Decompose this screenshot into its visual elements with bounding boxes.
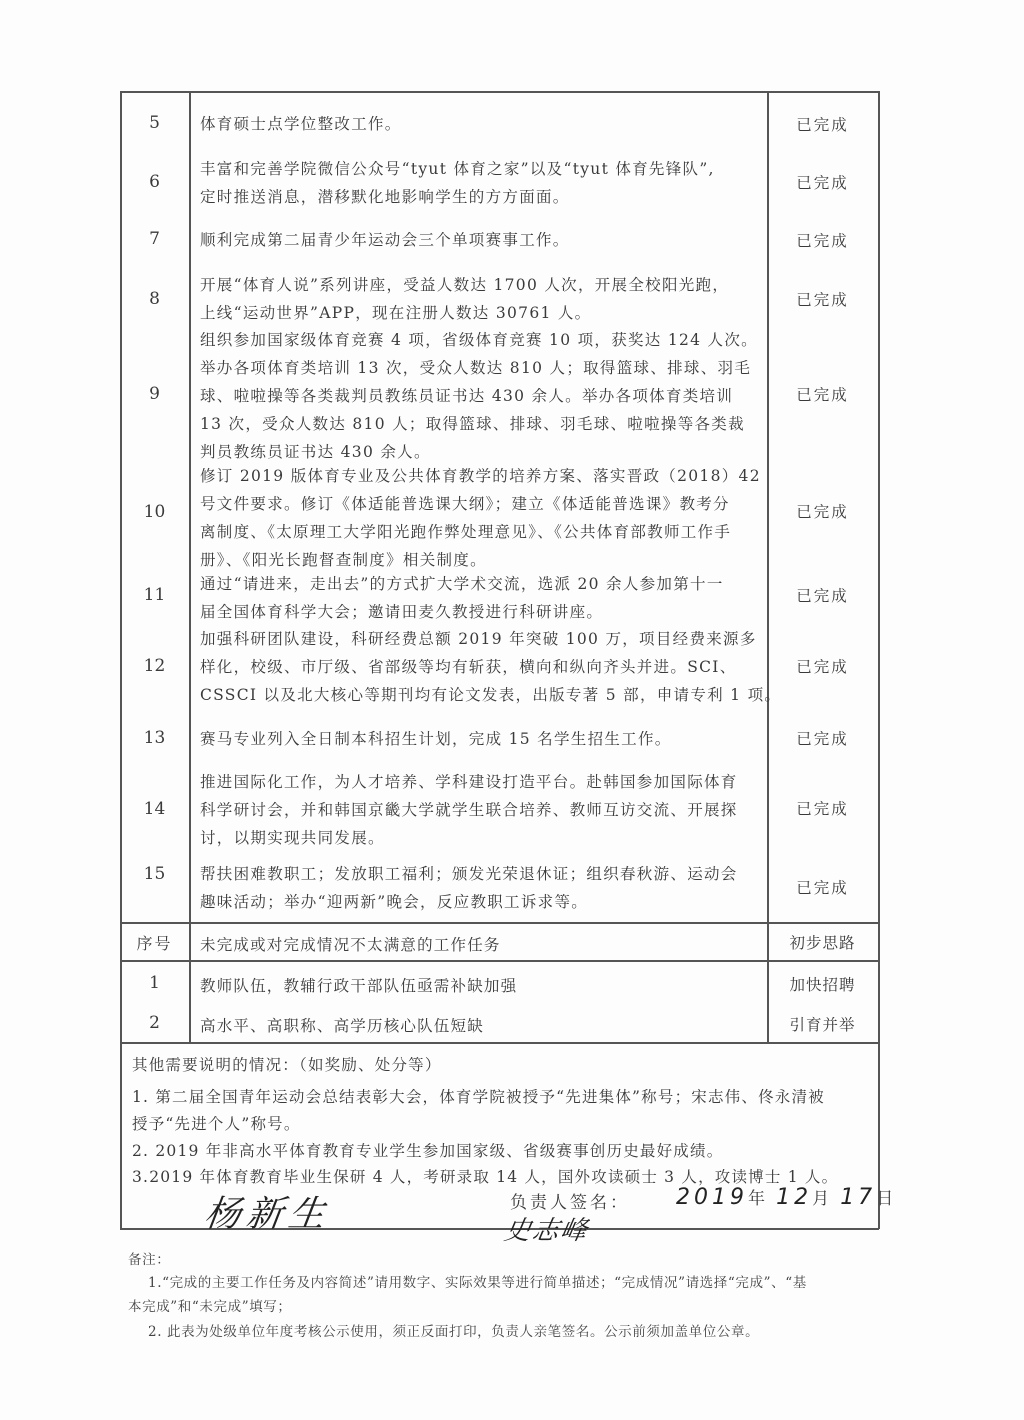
table-top-border <box>120 91 879 93</box>
task-description: 修订 2019 版体育专业及公共体育教学的培养方案、落实晋政（2018）42 号… <box>200 462 765 574</box>
task-description: 丰富和完善学院微信公众号“tyut 体育之家”以及“tyut 体育先锋队”, 定… <box>200 155 765 211</box>
task-description: 通过“请进来，走出去”的方式扩大学术交流，选派 20 余人参加第十一 届全国体育… <box>200 570 765 626</box>
row-number: 7 <box>120 229 189 249</box>
task-description: 赛马专业列入全日制本科招生计划，完成 15 名学生招生工作。 <box>200 725 765 753</box>
handwritten-signature-left: 杨新生 <box>201 1186 334 1237</box>
status-badge: 已完成 <box>767 383 878 405</box>
task-description: 顺利完成第二届青少年运动会三个单项赛事工作。 <box>200 226 765 254</box>
task-line: 科学研讨会，并和韩国京畿大学就学生联合培养、教师互访交流、开展探 <box>200 796 765 824</box>
header-plan: 初步思路 <box>767 931 878 953</box>
row-number: 8 <box>120 289 189 309</box>
row-number: 5 <box>120 113 189 133</box>
row-number: 6 <box>120 172 189 192</box>
task-description: 加强科研团队建设，科研经费总额 2019 年突破 100 万，项目经费来源多 样… <box>200 625 765 709</box>
plan-text: 加快招聘 <box>767 973 878 995</box>
task-line: 赛马专业列入全日制本科招生计划，完成 15 名学生招生工作。 <box>200 725 765 753</box>
task-line: 举办各项体育类培训 13 次，受众人数达 810 人；取得篮球、排球、羽毛 <box>200 354 765 382</box>
row-number: 9 <box>120 384 189 404</box>
task-description: 组织参加国家级体育竞赛 4 项，省级体育竞赛 10 项，获奖达 124 人次。 … <box>200 326 765 466</box>
date-month: 12 <box>776 1185 812 1210</box>
task-line: 定时推送消息，潜移默化地影响学生的方方面面。 <box>200 183 765 211</box>
date-year: 2019 <box>676 1185 748 1210</box>
section-divider-1 <box>120 922 879 924</box>
task-description: 开展“体育人说”系列讲座，受益人数达 1700 人次，开展全校阳光跑， 上线“运… <box>200 271 765 327</box>
status-badge: 已完成 <box>767 171 878 193</box>
date-day: 17 <box>840 1185 876 1210</box>
task-line: 上线“运动世界”APP，现在注册人数达 30761 人。 <box>200 299 765 327</box>
task-line: 组织参加国家级体育竞赛 4 项，省级体育竞赛 10 项，获奖达 124 人次。 <box>200 326 765 354</box>
task-description: 帮扶困难教职工；发放职工福利；颁发光荣退休证；组织春秋游、运动会 趣味活动；举办… <box>200 860 765 916</box>
status-badge: 已完成 <box>767 288 878 310</box>
remark-line: 本完成”和“未完成”填写； <box>128 1295 292 1315</box>
other-notes-title: 其他需要说明的情况：（如奖励、处分等） <box>132 1053 442 1075</box>
row-number: 15 <box>120 864 189 884</box>
header-number: 序号 <box>120 931 189 954</box>
row-number: 11 <box>120 585 189 605</box>
task-line: 开展“体育人说”系列讲座，受益人数达 1700 人次，开展全校阳光跑， <box>200 271 765 299</box>
task-line: 加强科研团队建设，科研经费总额 2019 年突破 100 万，项目经费来源多 <box>200 625 765 653</box>
status-badge: 已完成 <box>767 727 878 749</box>
task-description: 体育硕士点学位整改工作。 <box>200 110 765 138</box>
row-number: 14 <box>120 799 189 819</box>
task-line: 体育硕士点学位整改工作。 <box>200 110 765 138</box>
status-badge: 已完成 <box>767 655 878 677</box>
section-divider-3 <box>120 1042 879 1044</box>
date-month-unit: 月 <box>812 1189 829 1209</box>
task-line: 离制度、《太原理工大学阳光跑作弊处理意见》、《公共体育部教师工作手 <box>200 518 765 546</box>
incomplete-task: 教师队伍，教辅行政干部队伍亟需补缺加强 <box>200 974 517 996</box>
other-note-item: 1. 第二届全国青年运动会总结表彰大会，体育学院被授予“先进集体”称号；宋志伟、… <box>132 1085 825 1107</box>
row-number: 2 <box>120 1013 189 1033</box>
task-line: 丰富和完善学院微信公众号“tyut 体育之家”以及“tyut 体育先锋队”, <box>200 155 765 183</box>
remark-line: 1.“完成的主要工作任务及内容简述”请用数字、实际效果等进行简单描述；“完成情况… <box>148 1271 807 1291</box>
task-line: 帮扶困难教职工；发放职工福利；颁发光荣退休证；组织春秋游、运动会 <box>200 860 765 888</box>
row-number: 1 <box>120 973 189 993</box>
row-number: 13 <box>120 728 189 748</box>
header-task: 未完成或对完成情况不太满意的工作任务 <box>200 933 501 955</box>
date-year-unit: 年 <box>748 1189 765 1209</box>
row-number: 12 <box>120 656 189 676</box>
task-line: 趣味活动；举办“迎两新”晚会，反应教职工诉求等。 <box>200 888 765 916</box>
task-description: 推进国际化工作，为人才培养、学科建设打造平台。赴韩国参加国际体育 科学研讨会，并… <box>200 768 765 852</box>
handwritten-signature-right: 史志峰 <box>502 1210 593 1247</box>
task-line: 顺利完成第二届青少年运动会三个单项赛事工作。 <box>200 226 765 254</box>
task-line: 讨，以期实现共同发展。 <box>200 824 765 852</box>
remarks-title: 备注： <box>128 1248 170 1268</box>
date-day-unit: 日 <box>876 1189 893 1209</box>
remark-line: 2. 此表为处级单位年度考核公示使用，须正反面打印，负责人亲笔签名。公示前须加盖… <box>148 1320 759 1340</box>
incomplete-task: 高水平、高职称、高学历核心队伍短缺 <box>200 1014 484 1036</box>
task-line: CSSCI 以及北大核心等期刊均有论文发表，出版专著 5 部，申请专利 1 项。 <box>200 681 765 709</box>
section-divider-2 <box>120 960 879 962</box>
col-divider-1 <box>189 91 191 1043</box>
status-badge: 已完成 <box>767 113 878 135</box>
task-line: 修订 2019 版体育专业及公共体育教学的培养方案、落实晋政（2018）42 <box>200 462 765 490</box>
assessment-form-page: 5 体育硕士点学位整改工作。 已完成 6 丰富和完善学院微信公众号“tyut 体… <box>0 0 1024 1420</box>
task-line: 球、啦啦操等各类裁判员教练员证书达 430 余人。举办各项体育类培训 <box>200 382 765 410</box>
status-badge: 已完成 <box>767 876 878 898</box>
task-line: 届全国体育科学大会；邀请田麦久教授进行科研讲座。 <box>200 598 765 626</box>
task-line: 通过“请进来，走出去”的方式扩大学术交流，选派 20 余人参加第十一 <box>200 570 765 598</box>
plan-text: 引育并举 <box>767 1013 878 1035</box>
other-note-item: 2. 2019 年非高水平体育教育专业学生参加国家级、省级赛事创历史最好成绩。 <box>132 1139 723 1161</box>
table-right-border <box>878 91 880 1229</box>
status-badge: 已完成 <box>767 797 878 819</box>
signature-date: 2019年 12月 17日 <box>676 1184 893 1210</box>
row-number: 10 <box>120 502 189 522</box>
status-badge: 已完成 <box>767 584 878 606</box>
task-line: 推进国际化工作，为人才培养、学科建设打造平台。赴韩国参加国际体育 <box>200 768 765 796</box>
task-line: 号文件要求。修订《体适能普选课大纲》；建立《体适能普选课》教考分 <box>200 490 765 518</box>
task-line: 13 次，受众人数达 810 人；取得篮球、排球、羽毛球、啦啦操等各类裁 <box>200 410 765 438</box>
status-badge: 已完成 <box>767 500 878 522</box>
other-note-item: 授予“先进个人”称号。 <box>132 1112 301 1134</box>
status-badge: 已完成 <box>767 229 878 251</box>
task-line: 样化，校级、市厅级、省部级等均有斩获，横向和纵向齐头并进。SCI、 <box>200 653 765 681</box>
